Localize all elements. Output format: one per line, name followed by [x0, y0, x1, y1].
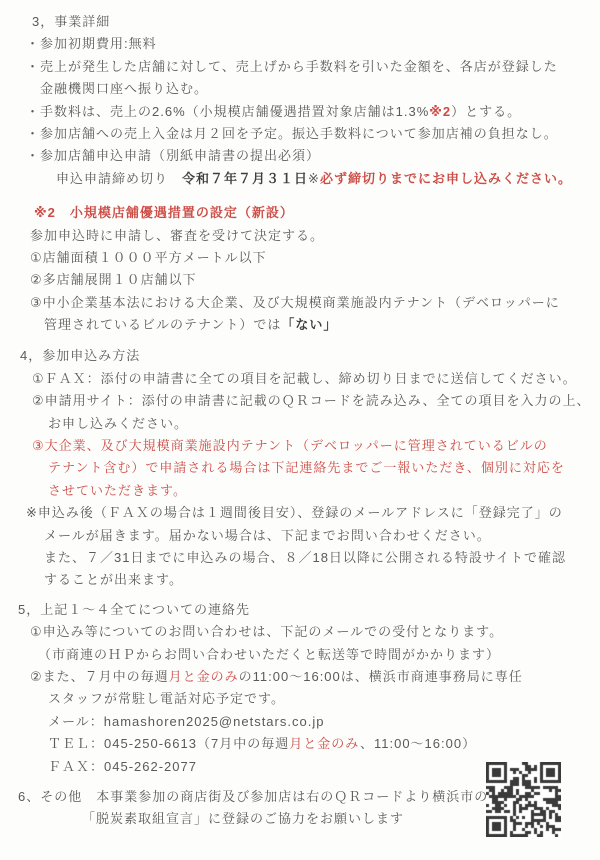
text-line: ①店舗面積１０００平方メートル以下 [30, 247, 580, 269]
text-segment: 、11:00～16:00） [360, 736, 476, 751]
text-segment: 月と金のみ [289, 736, 360, 751]
text-line: 参加申込時に申請し、審査を受けて決定する。 [30, 225, 580, 247]
text-line: ・参加店舗への売上入金は月２回を予定。振込手数料について参加店補の負担なし。 [26, 123, 580, 145]
text-segment: ）とする。 [451, 104, 521, 119]
section-5-contact: 5，上記１～４全てについての連絡先①申込み等についてのお問い合わせは、下記のメー… [18, 599, 580, 778]
text-segment: ①ＦＡＸ：添付の申請書に全ての項目を記載し、締め切り日までに送信してください。 [32, 371, 577, 386]
text-segment: 「ない」 [281, 317, 337, 332]
text-line: ①申込み等についてのお問い合わせは、下記のメールでの受付となります。 [30, 621, 580, 643]
text-segment: スタッフが常駐し電話対応予定です。 [48, 691, 285, 706]
text-segment: 6、その他 本事業参加の商店街及び参加店は右のＱＲコードより横浜市の [18, 789, 488, 804]
text-line: また、７／31日までに申込みの場合、８／18日以降に公開される特設サイトで確認 [44, 547, 580, 569]
text-segment: することが出来ます。 [44, 572, 183, 587]
text-segment: ③大企業、及び大規模商業施設内テナント（デベロッパーに管理されているビルの [32, 438, 548, 453]
text-segment: ※申込み後（ＦＡＸの場合は１週間後目安）、登録のメールアドレスに「登録完了」の [26, 505, 563, 520]
text-segment: 「脱炭素取組宣言」に登録のご協力をお願いします [82, 811, 404, 826]
text-line: ③中小企業基本法における大企業、及び大規模商業施設内テナント（デベロッパーに [30, 292, 580, 314]
text-segment: 5，上記１～４全てについての連絡先 [18, 602, 250, 617]
text-line: メールが届きます。届かない場合は、下記までお問い合わせください。 [44, 525, 580, 547]
text-line: 金融機関口座へ振り込む。 [40, 78, 580, 100]
text-segment: メールが届きます。届かない場合は、下記までお問い合わせください。 [44, 528, 491, 543]
text-line: ・参加初期費用:無料 [26, 33, 580, 55]
text-line: ・参加店舗申込申請（別紙申請書の提出必須） [26, 145, 580, 167]
text-segment: ・参加店舗への売上入金は月２回を予定。振込手数料について参加店補の負担なし。 [26, 126, 558, 141]
text-segment: ②申請用サイト：添付の申請書に記載のＱＲコードを読み込み、全ての項目を入力の上、 [32, 393, 591, 408]
text-line: することが出来ます。 [44, 569, 580, 591]
text-segment: また、７／31日までに申込みの場合、８／18日以降に公開される特設サイトで確認 [44, 550, 566, 565]
document-body: 3，事業詳細・参加初期費用:無料・売上が発生した店舗に対して、売上げから手数料を… [18, 11, 580, 831]
text-line: 3，事業詳細 [32, 11, 580, 33]
text-segment: の11:00～16:00は、横浜市商連事務局に専任 [239, 669, 523, 684]
text-segment: ②また、７月中の毎週 [30, 669, 169, 684]
text-segment: ＦＡＸ：045-262-2077 [48, 759, 197, 774]
text-segment: ①申込み等についてのお問い合わせは、下記のメールでの受付となります。 [30, 624, 503, 639]
text-segment: 参加申込時に申請し、審査を受けて決定する。 [30, 228, 324, 243]
text-segment: 3，事業詳細 [32, 14, 110, 29]
text-segment: ※2 小規模店舗優遇措置の設定（新設） [34, 205, 294, 220]
text-line: ・手数料は、売上の2.6%（小規模店舗優遇措置対象店舗は1.3%※2）とする。 [26, 101, 580, 123]
text-segment: ・売上が発生した店舗に対して、売上げから手数料を引いた金額を、各店が登録した [26, 59, 558, 74]
text-segment: 金融機関口座へ振り込む。 [40, 81, 208, 96]
text-segment: ＴＥＬ：045-250-6613（7月中の毎週 [48, 736, 289, 751]
text-segment: お申し込みください。 [48, 416, 188, 431]
flyer-page: 3，事業詳細・参加初期費用:無料・売上が発生した店舗に対して、売上げから手数料を… [0, 0, 600, 860]
text-line: ※申込み後（ＦＡＸの場合は１週間後目安）、登録のメールアドレスに「登録完了」の [26, 502, 580, 524]
text-segment: ※ [308, 171, 320, 186]
text-segment: ①店舗面積１０００平方メートル以下 [30, 250, 267, 265]
text-segment: ③中小企業基本法における大企業、及び大規模商業施設内テナント（デベロッパーに [30, 295, 560, 310]
text-segment: 月と金のみ [169, 669, 239, 684]
text-line: メール：hamashoren2025@netstars.co.jp [48, 711, 580, 733]
text-segment: テナント含む）で申請される場合は下記連絡先までご一報いただき、個別に対応を [48, 460, 565, 475]
text-line: テナント含む）で申請される場合は下記連絡先までご一報いただき、個別に対応を [48, 457, 580, 479]
text-line: ②多店舗展開１０店舗以下 [30, 269, 580, 291]
text-line: ①ＦＡＸ：添付の申請書に全ての項目を記載し、締め切り日までに送信してください。 [32, 368, 580, 390]
section-note2-small-store-preference: ※2 小規模店舗優遇措置の設定（新設）参加申込時に申請し、審査を受けて決定する。… [18, 202, 580, 336]
section-4-application-method: 4，参加申込み方法①ＦＡＸ：添付の申請書に全ての項目を記載し、締め切り日までに送… [18, 345, 580, 591]
text-segment: 4，参加申込み方法 [20, 348, 140, 363]
text-segment: メール：hamashoren2025@netstars.co.jp [48, 714, 324, 729]
text-line: （市商連のＨＰからお問い合わせいただくと転送等で時間がかかります） [38, 644, 580, 666]
text-line: ＴＥＬ：045-250-6613（7月中の毎週月と金のみ、11:00～16:00… [48, 733, 580, 755]
text-segment: させていただきます。 [48, 483, 187, 498]
text-segment: ・参加初期費用:無料 [26, 36, 157, 51]
text-line: 5，上記１～４全てについての連絡先 [18, 599, 580, 621]
text-line: 管理されているビルのテナント）では「ない」 [44, 314, 580, 336]
text-line: 4，参加申込み方法 [20, 345, 580, 367]
text-segment: 必ず締切りまでにお申し込みください。 [320, 171, 572, 186]
text-segment: 申込申請締め切り [56, 171, 182, 186]
text-line: ③大企業、及び大規模商業施設内テナント（デベロッパーに管理されているビルの [32, 435, 580, 457]
text-line: ・売上が発生した店舗に対して、売上げから手数料を引いた金額を、各店が登録した [26, 56, 580, 78]
text-line: させていただきます。 [48, 480, 580, 502]
text-line: ②申請用サイト：添付の申請書に記載のＱＲコードを読み込み、全ての項目を入力の上、 [32, 390, 580, 412]
text-segment: ※2 [429, 104, 451, 119]
text-line: ※2 小規模店舗優遇措置の設定（新設） [34, 202, 580, 224]
text-segment: ②多店舗展開１０店舗以下 [30, 272, 197, 287]
text-line: スタッフが常駐し電話対応予定です。 [48, 688, 580, 710]
text-line: 申込申請締め切り 令和７年７月３１日※必ず締切りまでにお申し込みください。 [56, 168, 580, 190]
text-segment: 令和７年７月３１日 [182, 171, 308, 186]
text-segment: ・手数料は、売上の2.6%（小規模店舗優遇措置対象店舗は1.3% [26, 104, 429, 119]
text-segment: （市商連のＨＰからお問い合わせいただくと転送等で時間がかかります） [38, 647, 500, 662]
text-segment: ・参加店舗申込申請（別紙申請書の提出必須） [26, 148, 320, 163]
text-line: お申し込みください。 [48, 413, 580, 435]
qr-code [486, 762, 561, 837]
section-3-business-details: 3，事業詳細・参加初期費用:無料・売上が発生した店舗に対して、売上げから手数料を… [18, 11, 580, 190]
text-segment: 管理されているビルのテナント）では [44, 317, 281, 332]
text-line: ②また、７月中の毎週月と金のみの11:00～16:00は、横浜市商連事務局に専任 [30, 666, 580, 688]
